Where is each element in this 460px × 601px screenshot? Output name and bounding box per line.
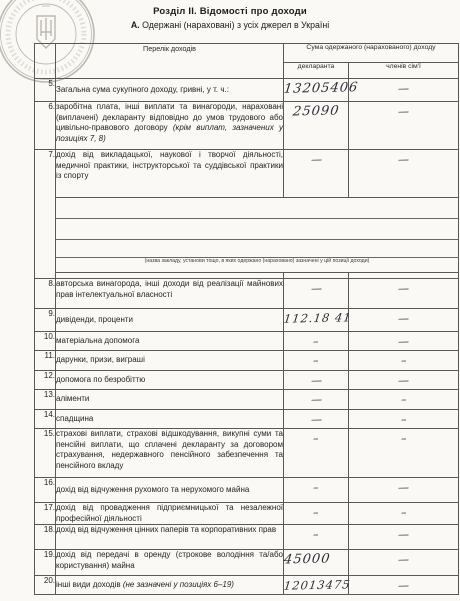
table-row: 11. дарунки, призи, виграші – – (35, 351, 459, 371)
table-row: 9. дивіденди, проценти 112.18 41 — (35, 309, 459, 332)
row-11-family-value: – (349, 351, 459, 371)
row-12-description: допомога по безробіттю (56, 371, 284, 390)
row-13-family-value: – (349, 390, 459, 410)
row-19-description: дохід від передачі в оренду (строкове во… (56, 550, 284, 576)
row-11-declarant-value: – (284, 351, 349, 371)
row-5-number: 5. (35, 79, 56, 102)
row-16-description: дохід від відчуження рухомого та нерухом… (56, 478, 284, 503)
row-17-number: 17. (35, 503, 56, 525)
row-17-declarant-value: – (284, 503, 349, 525)
row-15-family-value: – (349, 429, 459, 478)
table-row-caption: (назва закладу, установи тощо, в яких од… (35, 258, 459, 273)
row-10-number: 10. (35, 332, 56, 351)
table-row: 14. спадщина — – (35, 410, 459, 429)
row-20-declarant-value: 12013475 (284, 576, 349, 595)
row-19-declarant-value: 45000 (284, 550, 349, 576)
row-20-description: інші види доходів (не зазначені у позиці… (56, 576, 284, 595)
row-14-declarant-value: — (284, 410, 349, 429)
table-row: 5. Загальна сума сукупного доходу, гривн… (35, 79, 459, 102)
row-15-description: страхові виплати, страхові відшкодування… (56, 429, 284, 478)
row-9-number: 9. (35, 309, 56, 332)
section-subtitle: А. Одержані (нараховані) з усіх джерел в… (0, 20, 460, 30)
row-18-description: дохід від відчуження цінних паперів та к… (56, 525, 284, 550)
table-row: 20. інші види доходів (не зазначені у по… (35, 576, 459, 595)
col-header-income-list: Перелік доходів (56, 44, 284, 79)
table-row-blank-lines (35, 198, 459, 258)
row-5-family-value: — (349, 79, 459, 102)
row-13-number: 13. (35, 390, 56, 410)
row-10-declarant-value: – (284, 332, 349, 351)
row-7-institution-caption: (назва закладу, установи тощо, в яких од… (56, 258, 459, 273)
row-12-number: 12. (35, 371, 56, 390)
row-14-family-value: – (349, 410, 459, 429)
row-20-number: 20. (35, 576, 56, 595)
row-16-declarant-value: – (284, 478, 349, 503)
row-8-number: 8. (35, 279, 56, 309)
row-5-description: Загальна сума сукупного доходу, гривні, … (56, 79, 284, 102)
income-table: Перелік доходів Сума одержаного (нарахов… (34, 43, 459, 595)
col-header-income-sum: Сума одержаного (нарахованого) доходу (284, 44, 459, 63)
row-15-declarant-value: – (284, 429, 349, 478)
row-17-description: дохід від провадження підприємницької та… (56, 503, 284, 525)
table-row: 15. страхові виплати, страхові відшкодув… (35, 429, 459, 478)
subtitle-text: Одержані (нараховані) з усіх джерел в Ук… (140, 20, 330, 30)
row-11-number: 11. (35, 351, 56, 371)
row-11-description: дарунки, призи, виграші (56, 351, 284, 371)
col-header-number (35, 44, 56, 79)
row-15-number: 15. (35, 429, 56, 478)
row-6-description: заробітна плата, інші виплати та винагор… (56, 102, 284, 150)
table-row: 7. дохід від викладацької, наукової і тв… (35, 150, 459, 198)
table-row: 19. дохід від передачі в оренду (строков… (35, 550, 459, 576)
table-row: 13. аліменти — – (35, 390, 459, 410)
row-19-family-value: — (349, 550, 459, 576)
row-20-family-value: — (349, 576, 459, 595)
row-14-description: спадщина (56, 410, 284, 429)
row-12-family-value: — (349, 371, 459, 390)
col-header-declarant: декларанта (284, 63, 349, 79)
row-6-declarant-value: 25090 (284, 102, 349, 150)
col-header-family-members: членів сім'ї (349, 63, 459, 79)
row-19-number: 19. (35, 550, 56, 576)
row-14-number: 14. (35, 410, 56, 429)
row-7-family-value: — (349, 150, 459, 198)
row-8-description: авторська винагорода, інші доходи від ре… (56, 279, 284, 309)
row-18-family-value: — (349, 525, 459, 550)
row-9-description: дивіденди, проценти (56, 309, 284, 332)
blank-write-line (56, 198, 458, 219)
row-7-institution-write-area (56, 198, 459, 258)
row-5-declarant-value: 13205406 (284, 79, 349, 102)
row-8-family-value: — (349, 279, 459, 309)
row-12-declarant-value: — (284, 371, 349, 390)
table-row: 8. авторська винагорода, інші доходи від… (35, 279, 459, 309)
row-10-description: матеріальна допомога (56, 332, 284, 351)
scanned-declaration-page: Розділ II. Відомості про доходи А. Одерж… (0, 0, 460, 601)
table-row: 12. допомога по безробіттю — — (35, 371, 459, 390)
row-8-declarant-value: — (284, 279, 349, 309)
row-13-declarant-value: — (284, 390, 349, 410)
table-row: 10. матеріальна допомога – — (35, 332, 459, 351)
table-row: 6. заробітна плата, інші виплати та вина… (35, 102, 459, 150)
row-6-family-value: — (349, 102, 459, 150)
table-row: 17. дохід від провадження підприємницько… (35, 503, 459, 525)
section-title: Розділ II. Відомості про доходи (0, 6, 460, 17)
row-9-family-value: — (349, 309, 459, 332)
table-row: 18. дохід від відчуження цінних паперів … (35, 525, 459, 550)
row-7-description: дохід від викладацької, наукової і творч… (56, 150, 284, 198)
row-16-family-value: — (349, 478, 459, 503)
section-title-block: Розділ II. Відомості про доходи А. Одерж… (0, 6, 460, 30)
table-row: 16. дохід від відчуження рухомого та нер… (35, 478, 459, 503)
row-16-number: 16. (35, 478, 56, 503)
subtitle-letter: А. (131, 20, 140, 30)
row-7-number: 7. (35, 150, 56, 279)
row-9-declarant-value: 112.18 41 (284, 309, 349, 332)
row-7-declarant-value: — (284, 150, 349, 198)
row-18-number: 18. (35, 525, 56, 550)
row-6-number: 6. (35, 102, 56, 150)
row-10-family-value: — (349, 332, 459, 351)
row-18-declarant-value: – (284, 525, 349, 550)
row-13-description: аліменти (56, 390, 284, 410)
blank-write-line (56, 219, 458, 240)
row-17-family-value: – (349, 503, 459, 525)
